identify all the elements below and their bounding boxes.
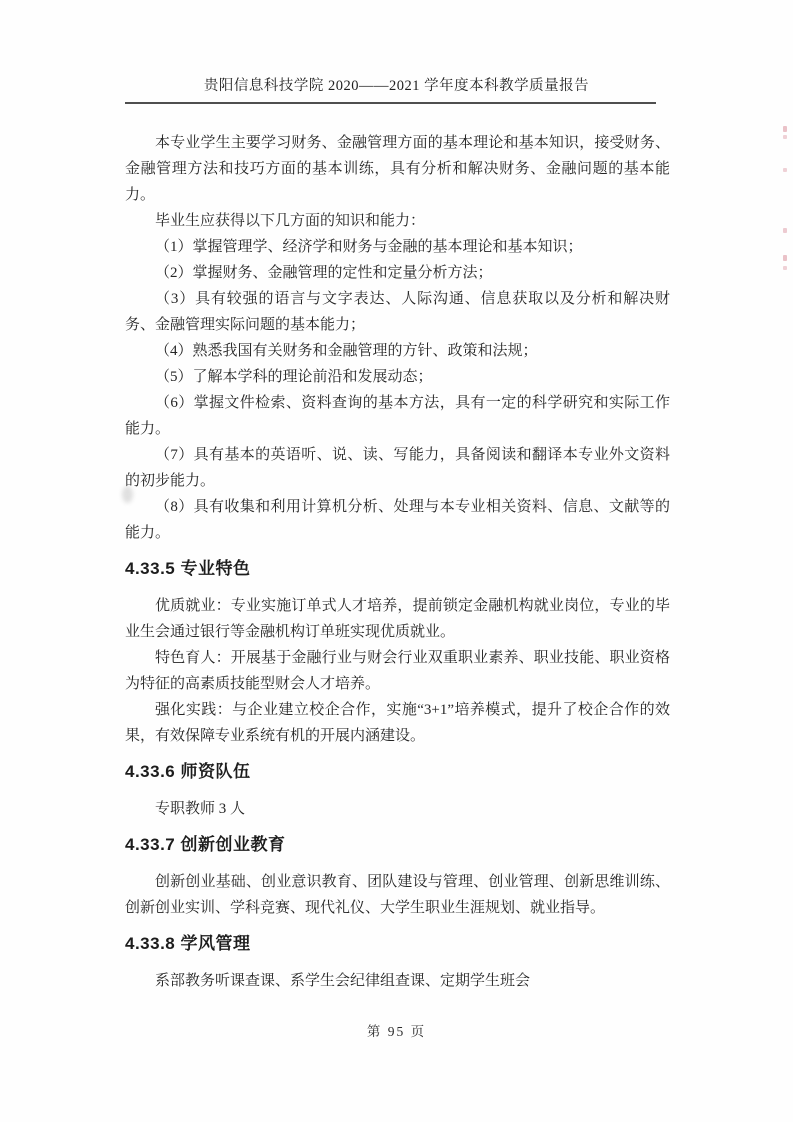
page-footer: 第 95 页 (0, 1020, 793, 1040)
scan-artifact-smudge (122, 486, 133, 503)
body-paragraph: （7）具有基本的英语听、说、读、写能力，具备阅读和翻译本专业外文资料的初步能力。 (125, 442, 670, 494)
body-paragraph: （4）熟悉我国有关财务和金融管理的方针、政策和法规； (125, 338, 670, 364)
body-paragraph: 创新创业基础、创业意识教育、团队建设与管理、创业管理、创新思维训练、创新创业实训… (125, 869, 670, 921)
body-paragraph: 本专业学生主要学习财务、金融管理方面的基本理论和基本知识，接受财务、金融管理方法… (125, 130, 670, 208)
section-heading: 4.33.5 专业特色 (125, 558, 670, 580)
body-paragraph: （5）了解本学科的理论前沿和发展动态； (125, 364, 670, 390)
section-heading: 4.33.6 师资队伍 (125, 761, 670, 783)
scan-artifact-pink-mark (783, 266, 787, 270)
document-page: 贵阳信息科技学院 2020——2021 学年度本科教学质量报告 本专业学生主要学… (0, 0, 793, 1122)
scan-artifact-pink-mark (783, 255, 787, 261)
body-paragraph: 特色育人：开展基于金融行业与财会行业双重职业素养、职业技能、职业资格为特征的高素… (125, 645, 670, 697)
section-heading: 4.33.8 学风管理 (125, 933, 670, 955)
scan-artifact-pink-mark (783, 228, 787, 233)
section-heading: 4.33.7 创新创业教育 (125, 834, 670, 856)
body-paragraph: （2）掌握财务、金融管理的定性和定量分析方法； (125, 260, 670, 286)
page-number: 第 95 页 (367, 1024, 426, 1039)
body-paragraph: 优质就业：专业实施订单式人才培养，提前锁定金融机构就业岗位，专业的毕业生会通过银… (125, 593, 670, 645)
body-paragraph: （3）具有较强的语言与文字表达、人际沟通、信息获取以及分析和解决财务、金融管理实… (125, 286, 670, 338)
header-rule (125, 102, 656, 104)
body-paragraph: 强化实践：与企业建立校企合作，实施“3+1”培养模式，提升了校企合作的效果，有效… (125, 697, 670, 749)
report-title: 贵阳信息科技学院 2020——2021 学年度本科教学质量报告 (0, 76, 793, 96)
body-paragraph: （6）掌握文件检索、资料查询的基本方法，具有一定的科学研究和实际工作能力。 (125, 390, 670, 442)
body-paragraph: （8）具有收集和利用计算机分析、处理与本专业相关资料、信息、文献等的能力。 (125, 494, 670, 546)
scan-artifact-pink-mark (783, 126, 787, 132)
body-paragraph: （1）掌握管理学、经济学和财务与金融的基本理论和基本知识； (125, 234, 670, 260)
scan-artifact-pink-mark (783, 135, 787, 139)
body-paragraph: 毕业生应获得以下几方面的知识和能力： (125, 208, 670, 234)
document-body: 本专业学生主要学习财务、金融管理方面的基本理论和基本知识，接受财务、金融管理方法… (125, 130, 670, 994)
body-paragraph: 专职教师 3 人 (125, 796, 670, 822)
body-paragraph: 系部教务听课查课、系学生会纪律组查课、定期学生班会 (125, 968, 670, 994)
scan-artifact-pink-mark (783, 168, 787, 172)
